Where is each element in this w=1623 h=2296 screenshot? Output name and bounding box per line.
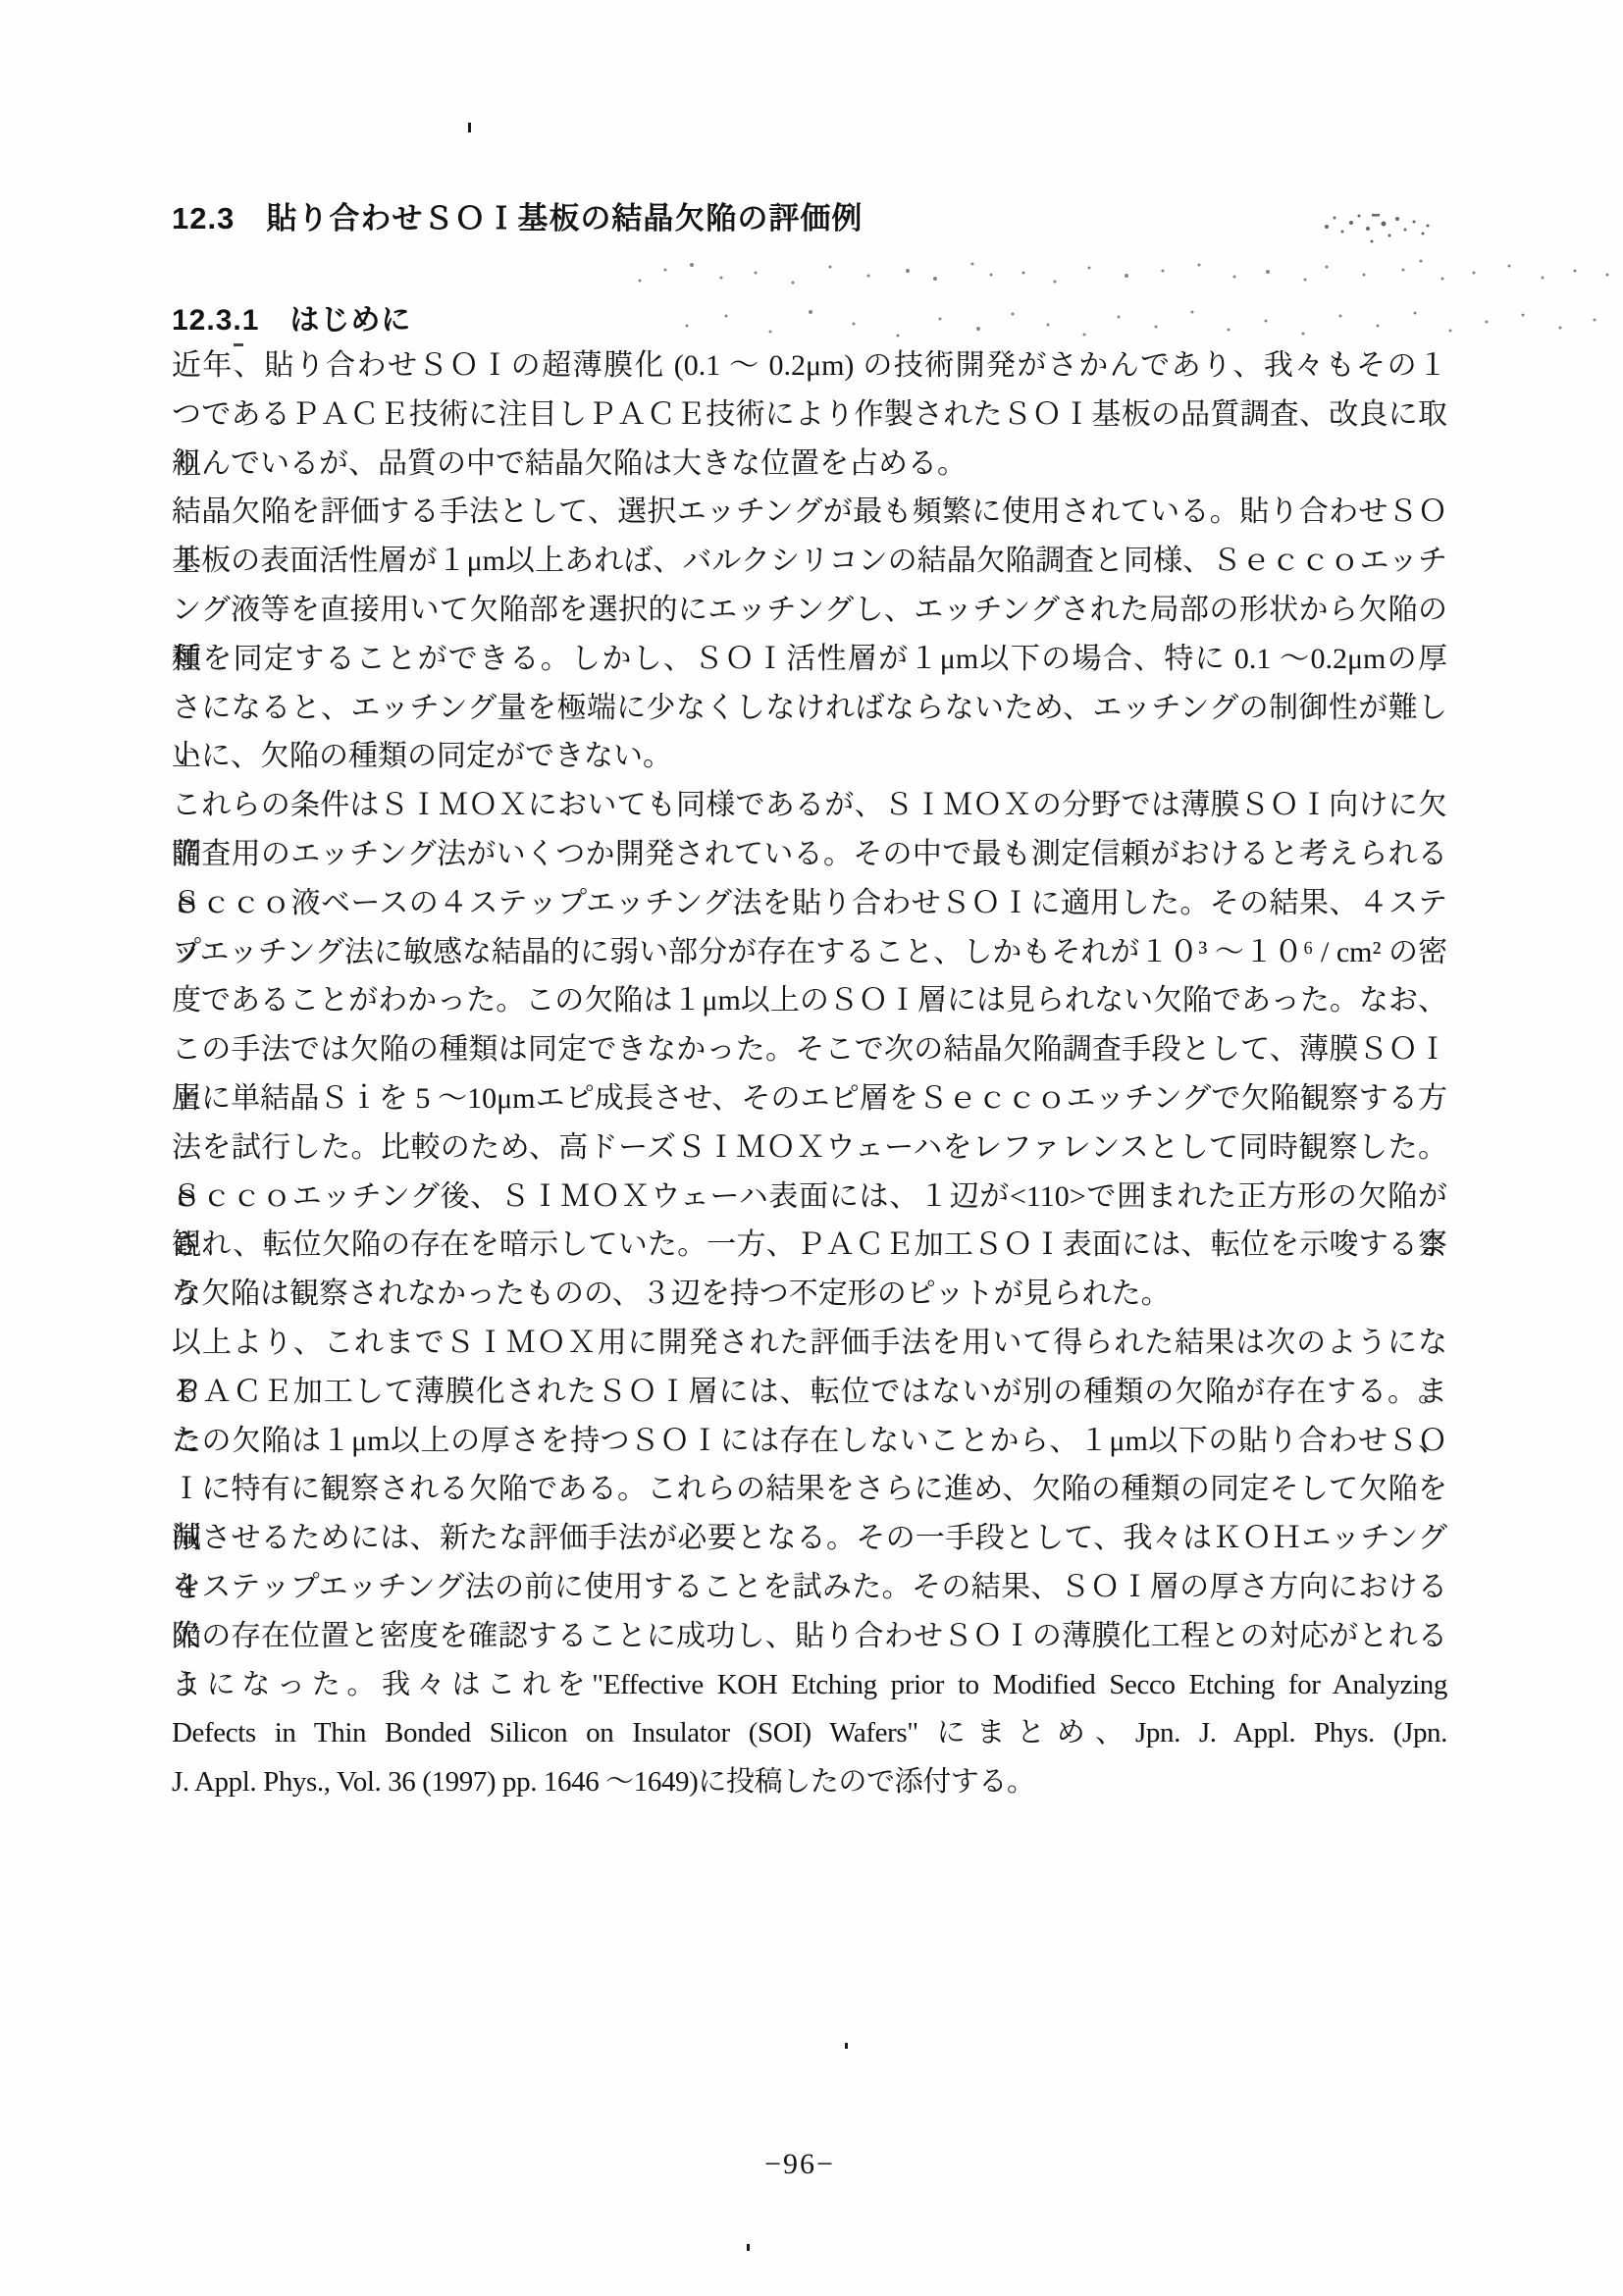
body-line: ＰＡＣＥ加工して薄膜化されたＳＯＩ層には、転位ではないが別の種類の欠陥が存在する… xyxy=(172,1368,1447,1417)
body-line: 近年、貼り合わせＳＯＩの超薄膜化 (0.1 ～ 0.2μm) の技術開発がさかん… xyxy=(172,341,1447,391)
body-text: 近年、貼り合わせＳＯＩの超薄膜化 (0.1 ～ 0.2μm) の技術開発がさかん… xyxy=(172,341,1447,1807)
scan-smudge-cluster xyxy=(1325,214,1430,243)
body-line: ｅｃｃｏ液ベースの４ステップエッチング法を貼り合わせＳＯＩに適用した。その結果、… xyxy=(172,879,1447,928)
body-line: 減させるためには、新たな評価手法が必要となる。その一手段として、我々はＫＯＨエッ… xyxy=(172,1514,1447,1563)
body-line: うになった。我々はこれを"Effective KOH Etching prior… xyxy=(172,1661,1447,1710)
body-line: 上に単結晶Ｓｉを 5 ～10μmエピ成長させ、そのエピ層をＳｅｃｃｏエッチングで… xyxy=(172,1074,1447,1123)
body-line: 上に、欠陥の種類の同定ができない。 xyxy=(172,732,1447,781)
body-line: この欠陥は１μm以上の厚さを持つＳＯＩには存在しないことから、１μm以下の貼り合… xyxy=(172,1417,1447,1466)
body-line: プエッチング法に敏感な結晶的に弱い部分が存在すること、しかもそれが１０³ ～１０… xyxy=(172,928,1447,977)
body-line: 度であることがわかった。この欠陥は１μm以上のＳＯＩ層には見られない欠陥であった… xyxy=(172,976,1447,1025)
body-line: ｅｃｃｏエッチング後、ＳＩＭＯＸウェーハ表面には、１辺が<110>で囲まれた正方… xyxy=(172,1173,1447,1222)
body-line: 以上より、これまでＳＩＭＯＸ用に開発された評価手法を用いて得られた結果は次のよう… xyxy=(172,1319,1447,1368)
document-page: 12.3 貼り合わせＳＯＩ基板の結晶欠陥の評価例 12.3.1 はじめに 近年、… xyxy=(0,0,1623,2296)
body-line: 調査用のエッチング法がいくつか開発されている。その中で最も測定信頼がおけると考え… xyxy=(172,830,1447,879)
body-line: 結晶欠陥を評価する手法として、選択エッチングが最も頻繁に使用されている。貼り合わ… xyxy=(172,488,1447,537)
body-line: 法を試行した。比較のため、高ドーズＳＩＭＯＸウェーハをレファレンスとして同時観察… xyxy=(172,1123,1447,1173)
body-line: Ｉに特有に観察される欠陥である。これらの結果をさらに進め、欠陥の種類の同定そして… xyxy=(172,1465,1447,1514)
body-line: ４ステップエッチング法の前に使用することを試みた。その結果、ＳＯＩ層の厚さ方向に… xyxy=(172,1563,1447,1612)
body-line: Defects in Thin Bonded Silicon on Insula… xyxy=(172,1709,1447,1758)
subsection-title: 12.3.1 はじめに xyxy=(172,301,411,340)
body-line: な欠陥は観察されなかったものの、３辺を持つ不定形のピットが見られた。 xyxy=(172,1270,1447,1319)
body-line: さになると、エッチング量を極端に少なくしなければならないため、エッチングの制御性… xyxy=(172,684,1447,733)
body-line: つであるＰＡＣＥ技術に注目しＰＡＣＥ技術により作製されたＳＯＩ基板の品質調査、改… xyxy=(172,391,1447,440)
scan-smudge-band-1 xyxy=(639,260,1609,285)
body-line: 陥の存在位置と密度を確認することに成功し、貼り合わせＳＯＩの薄膜化工程との対応が… xyxy=(172,1612,1447,1661)
section-title: 12.3 貼り合わせＳＯＩ基板の結晶欠陥の評価例 xyxy=(172,199,863,238)
body-line: 基板の表面活性層が１μm以上あれば、バルクシリコンの結晶欠陥調査と同様、Ｓｅｃｃ… xyxy=(172,537,1447,586)
body-line: され、転位欠陥の存在を暗示していた。一方、ＰＡＣＥ加工ＳＯＩ表面には、転位を示唆… xyxy=(172,1221,1447,1270)
body-line: これらの条件はＳＩＭＯＸにおいても同様であるが、ＳＩＭＯＸの分野では薄膜ＳＯＩ向… xyxy=(172,781,1447,830)
body-line: J. Appl. Phys., Vol. 36 (1997) pp. 1646 … xyxy=(172,1758,1447,1807)
body-line: 組んでいるが、品質の中で結晶欠陥は大きな位置を占める。 xyxy=(172,440,1447,489)
body-line: ング液等を直接用いて欠陥部を選択的にエッチングし、エッチングされた局部の形状から… xyxy=(172,586,1447,635)
page-number: −96− xyxy=(707,2145,893,2184)
body-line: この手法では欠陥の種類は同定できなかった。そこで次の結晶欠陥調査手段として、薄膜… xyxy=(172,1025,1447,1074)
scan-smudge-band-2 xyxy=(686,310,1597,338)
body-line: 類を同定することができる。しかし、ＳＯＩ活性層が１μm以下の場合、特に 0.1 … xyxy=(172,635,1447,684)
